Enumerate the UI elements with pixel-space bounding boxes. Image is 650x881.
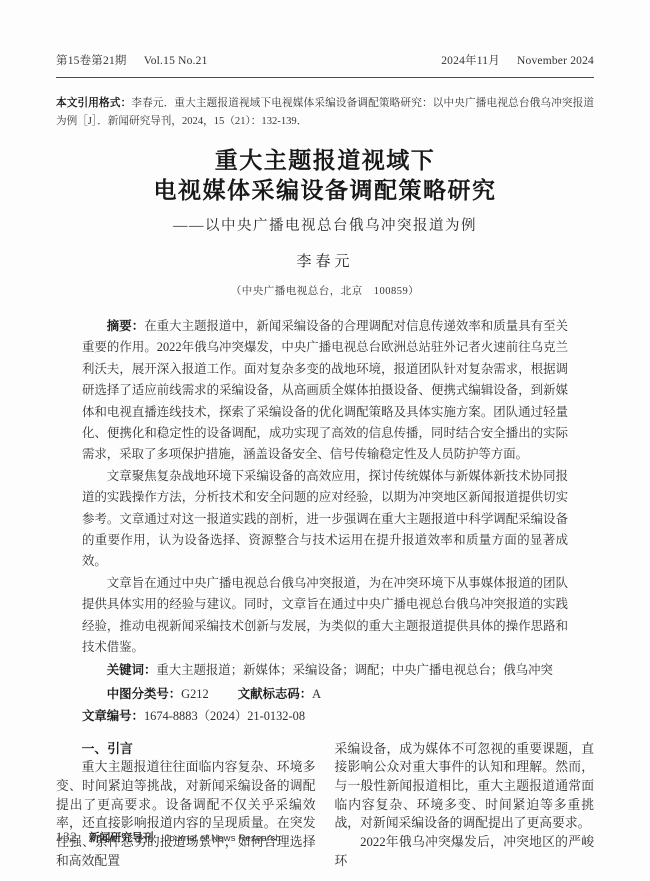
body-columns: 一、引言 重大主题报道往往面临内容复杂、环境多变、时间紧迫等挑战，对新闻采编设备… <box>56 740 594 871</box>
intro-paragraph-left: 重大主题报道往往面临内容复杂、环境多变、时间紧迫等挑战，对新闻采编设备的调配提出… <box>56 758 316 870</box>
header-issue-volume: 第15卷第21期 Vol.15 No.21 <box>56 52 208 68</box>
page-footer: 132 新闻研究导刊 Journal of News Research <box>56 830 281 845</box>
author-name: 李春元 <box>56 250 594 271</box>
article-title-line-2: 电视媒体采编设备调配策略研究 <box>56 175 594 205</box>
abstract-paragraph-2: 文章聚焦复杂战地环境下采编设备的高效应用，探讨传统媒体与新媒体新技术协同报道的实… <box>82 466 568 573</box>
abstract-label: 摘要： <box>107 319 144 333</box>
doc-code-group: 文献标志码：A <box>238 687 321 701</box>
journal-name-cn: 新闻研究导刊 <box>89 830 154 845</box>
keywords-text: 重大主题报道；新媒体；采编设备；调配；中央广播电视总台；俄乌冲突 <box>156 663 553 677</box>
citation-note: 本文引用格式：李春元．重大主题报道视域下电视媒体采编设备调配策略研究：以中央广播… <box>56 94 594 131</box>
clc-label: 中图分类号： <box>107 687 181 701</box>
classification-line: 中图分类号：G212 文献标志码：A 文章编号：1674-8883（2024）2… <box>82 683 568 727</box>
keywords-line: 关键词：重大主题报道；新媒体；采编设备；调配；中央广播电视总台；俄乌冲突 <box>82 659 568 681</box>
citation-label: 本文引用格式： <box>56 97 131 109</box>
intro-paragraph-continuation: 采编设备，成为媒体不可忽视的重要课题，直接影响公众对重大事件的认知和理解。然而，… <box>335 740 595 834</box>
journal-page: 第15卷第21期 Vol.15 No.21 2024年11月 November … <box>0 0 650 881</box>
journal-header: 第15卷第21期 Vol.15 No.21 2024年11月 November … <box>56 52 594 78</box>
intro-paragraph-2: 2022年俄乌冲突爆发后，冲突地区的严峻环 <box>335 833 595 870</box>
article-no-value: 1674-8883（2024）21-0132-08 <box>144 709 305 723</box>
issue-en: Vol.15 No.21 <box>144 55 208 67</box>
article-no-group: 文章编号：1674-8883（2024）21-0132-08 <box>82 709 305 723</box>
author-affiliation: （中央广播电视总台，北京 100859） <box>56 283 594 298</box>
page-number: 132 <box>56 830 78 845</box>
citation-text: 李春元．重大主题报道视域下电视媒体采编设备调配策略研究：以中央广播电视总台俄乌冲… <box>56 98 594 127</box>
abstract-paragraph-1: 摘要：在重大主题报道中，新闻采编设备的合理调配对信息传递效率和质量具有至关重要的… <box>82 316 568 466</box>
abstract-section: 摘要：在重大主题报道中，新闻采编设备的合理调配对信息传递效率和质量具有至关重要的… <box>82 316 568 659</box>
clc-group: 中图分类号：G212 <box>107 687 209 701</box>
doc-code-value: A <box>312 687 321 701</box>
right-column: 采编设备，成为媒体不可忽视的重要课题，直接影响公众对重大事件的认知和理解。然而，… <box>335 740 595 871</box>
article-no-label: 文章编号： <box>82 709 144 723</box>
keywords-label: 关键词： <box>107 663 157 677</box>
date-cn: 2024年11月 <box>441 55 500 67</box>
article-title-line-1: 重大主题报道视域下 <box>56 145 594 175</box>
abstract-paragraph-1-text: 在重大主题报道中，新闻采编设备的合理调配对信息传递效率和质量具有至关重要的作用。… <box>82 319 568 461</box>
journal-name-en: Journal of News Research <box>165 833 281 844</box>
header-date: 2024年11月 November 2024 <box>441 52 594 68</box>
article-subtitle: ——以中央广播电视总台俄乌冲突报道为例 <box>56 214 594 235</box>
date-en: November 2024 <box>517 55 594 67</box>
article-title: 重大主题报道视域下 电视媒体采编设备调配策略研究 <box>56 145 594 205</box>
clc-value: G212 <box>181 687 209 701</box>
left-column: 一、引言 重大主题报道往往面临内容复杂、环境多变、时间紧迫等挑战，对新闻采编设备… <box>56 740 316 871</box>
doc-code-label: 文献标志码： <box>238 687 312 701</box>
section-heading-introduction: 一、引言 <box>56 740 316 759</box>
issue-cn: 第15卷第21期 <box>56 55 127 67</box>
abstract-paragraph-3: 文章旨在通过中央广播电视总台俄乌冲突报道，为在冲突环境下从事媒体报道的团队提供具… <box>82 573 568 659</box>
